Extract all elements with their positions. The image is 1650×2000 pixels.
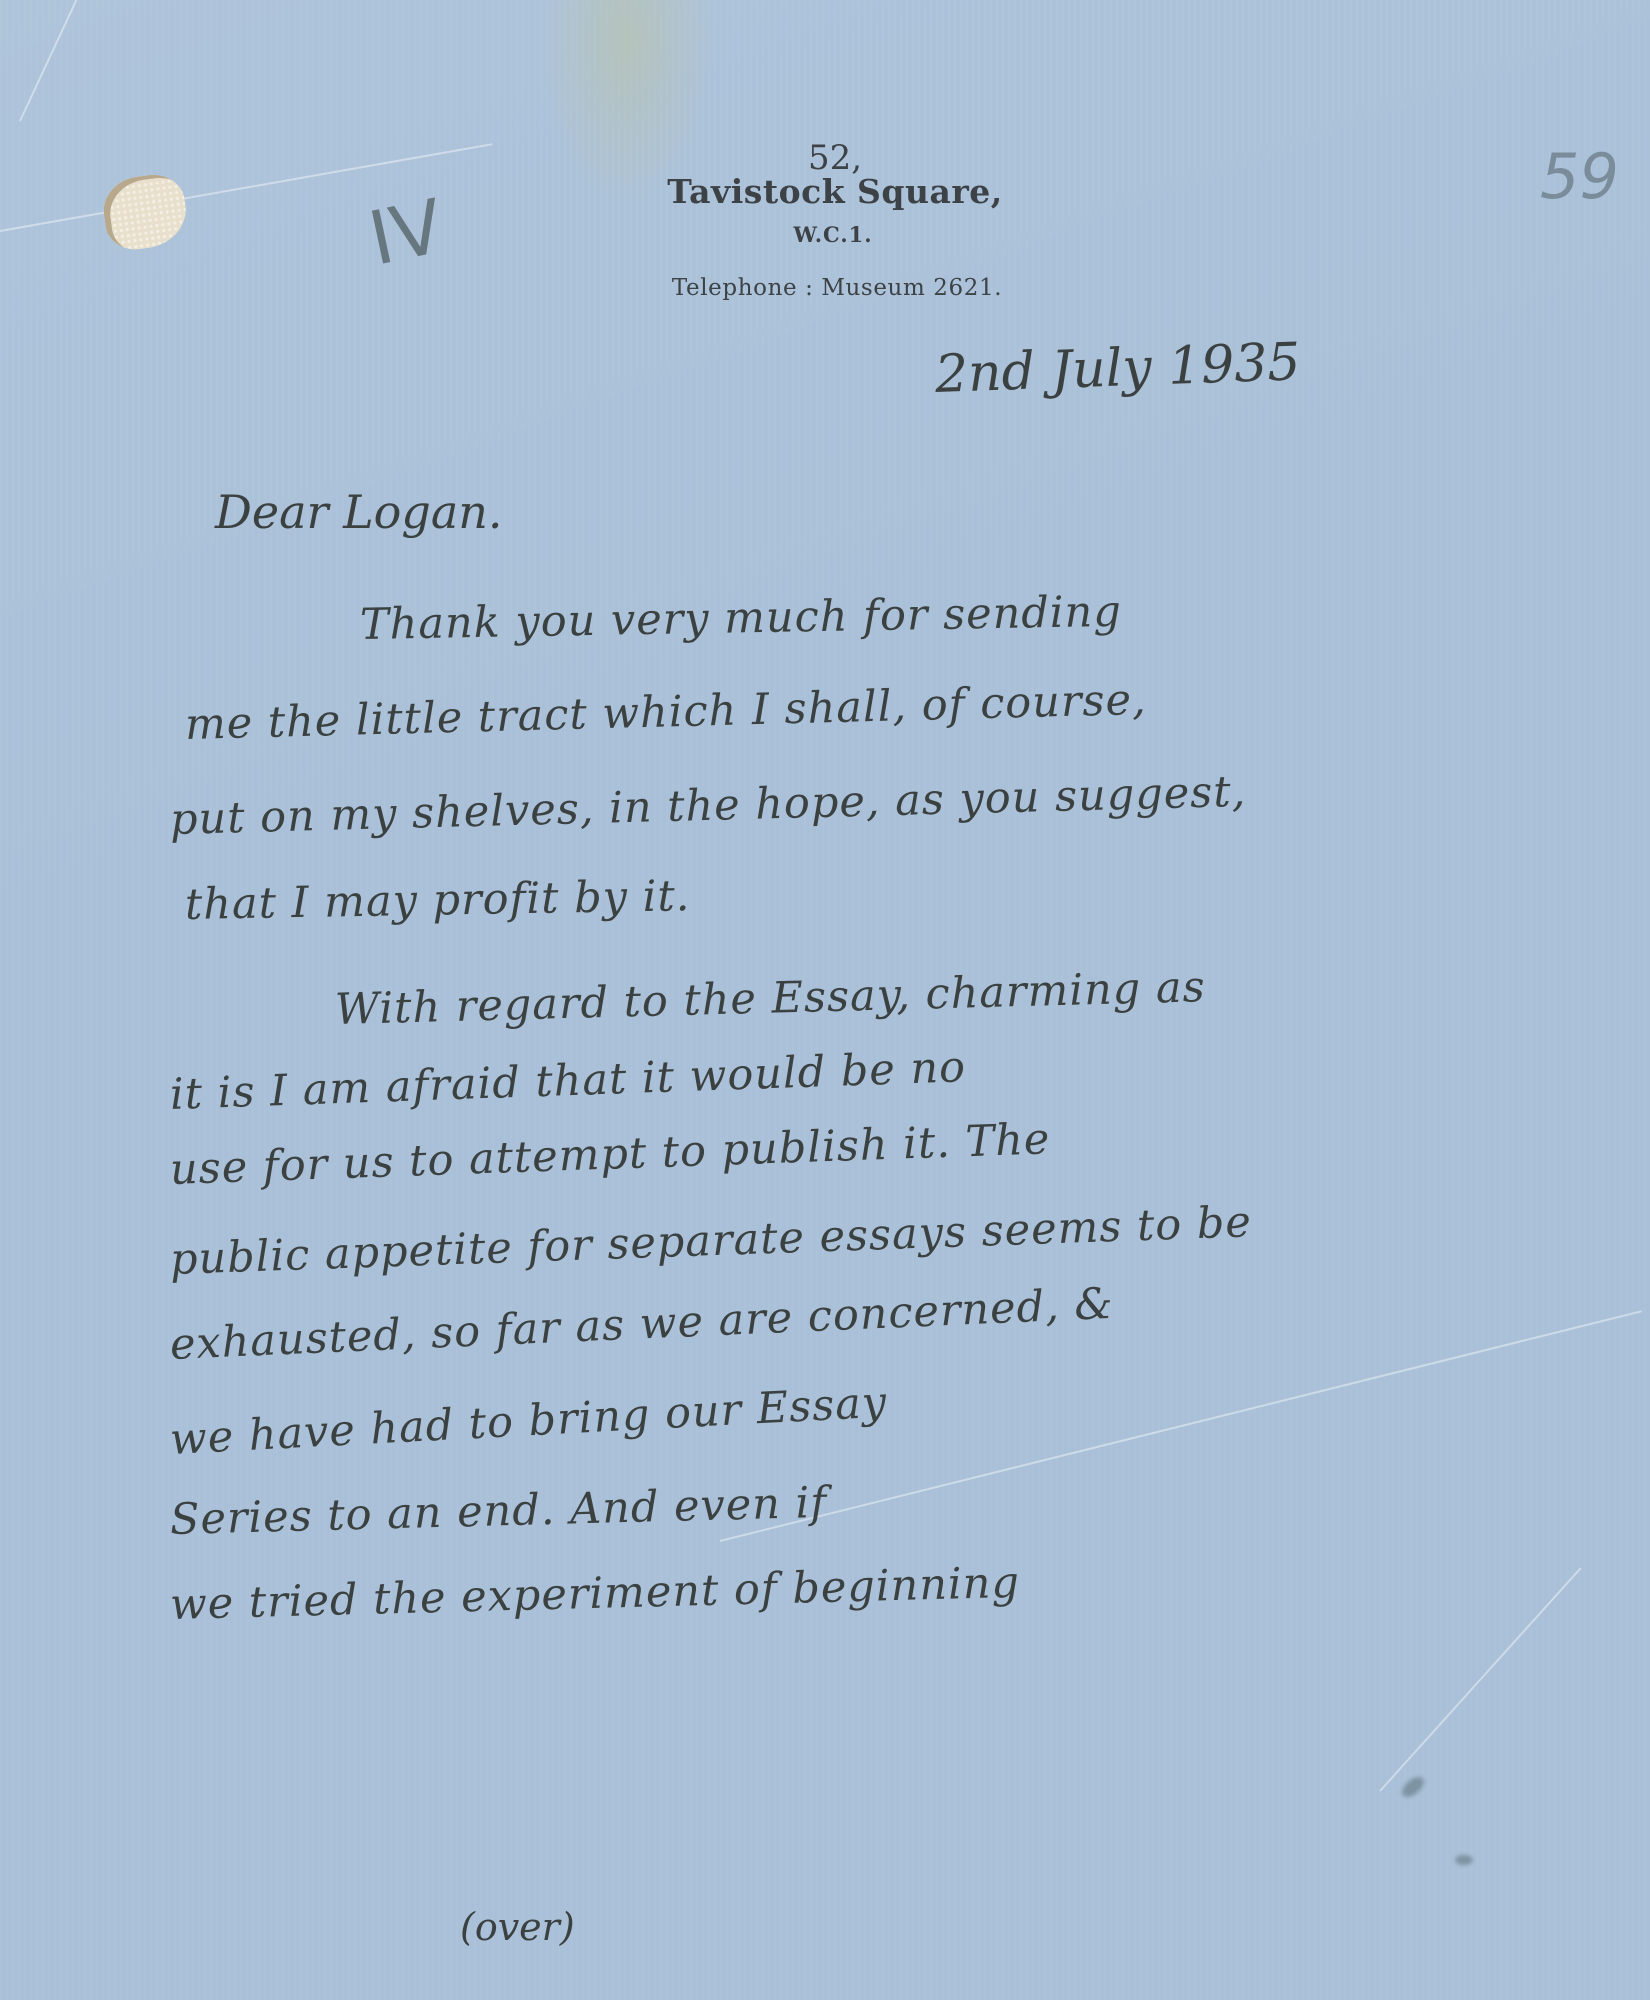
body-line: use for us to attempt to publish it. The [169,1114,1051,1195]
body-line: exhausted, so far as we are concerned, & [169,1279,1115,1370]
ink-smudge [1455,1855,1473,1865]
continued-overleaf-note: (over) [460,1905,575,1949]
body-line: me the little tract which I shall, of co… [184,675,1147,750]
letterhead-postal-district: W.C.1. [8,222,1650,247]
body-line: it is I am afraid that it would be no [169,1042,967,1120]
folio-number: 59 [1540,140,1619,213]
body-line: put on my shelves, in the hope, as you s… [169,767,1246,845]
body-line: that I may profit by it. [185,871,691,930]
body-line: we have had to bring our Essay [169,1377,889,1465]
letterhead-street: Tavistock Square, [10,172,1650,211]
letterhead-telephone: Telephone : Museum 2621. [12,275,1650,301]
paper-crease [19,0,88,121]
letter-page: 52, Tavistock Square, W.C.1. Telephone :… [0,0,1650,2000]
body-line: With regard to the Essay, charming as [334,962,1206,1035]
letter-date: 2nd July 1935 [934,332,1301,405]
body-line: public appetite for separate essays seem… [169,1197,1252,1285]
ink-smudge [1399,1773,1428,1800]
body-line: Series to an end. And even if [169,1478,827,1545]
body-line: we tried the experiment of beginning [169,1558,1020,1630]
paper-crease [1379,1567,1581,1791]
body-line: Thank you very much for sending [360,587,1123,650]
salutation: Dear Logan. [215,485,503,539]
